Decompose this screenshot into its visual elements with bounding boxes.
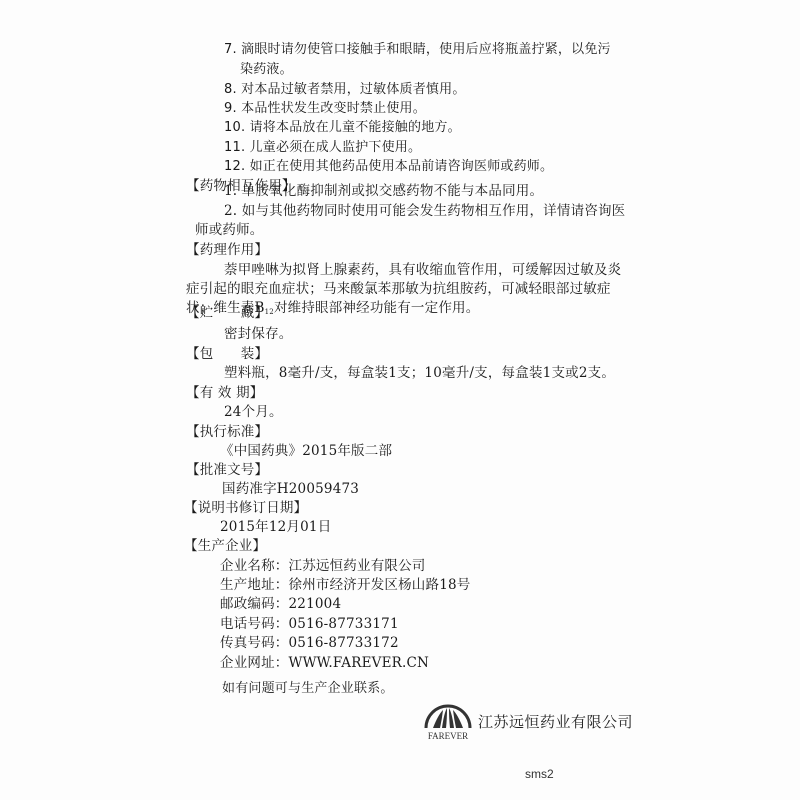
- precaution-item-8: 8. 对本品过敏者禁用，过敏体质者慎用。: [224, 80, 466, 100]
- pharmacology-line2: 症引起的眼充血症状；马来酸氯苯那敏为抗组胺药，可减轻眼部过敏症: [186, 279, 611, 299]
- section-heading-approval: 【批准文号】: [186, 460, 268, 480]
- validity-text: 24个月。: [224, 402, 283, 422]
- standard-text: 《中国药典》2015年版二部: [220, 441, 392, 461]
- interaction-item-2-line1: 2. 如与其他药物同时使用可能会发生药物相互作用，详情请咨询医: [224, 201, 625, 221]
- precaution-item-11: 11. 儿童必须在成人监护下使用。: [224, 138, 421, 158]
- section-heading-validity: 【有 效 期】: [186, 383, 263, 403]
- section-heading-revision-date: 【说明书修订日期】: [184, 498, 307, 518]
- manufacturer-website: 企业网址：WWW.FAREVER.CN: [220, 653, 429, 673]
- pharmacology-line1: 萘甲唑啉为拟肾上腺素药，具有收缩血管作用，可缓解因过敏及炎: [224, 260, 621, 280]
- logo-company-name: 江苏远恒药业有限公司: [478, 711, 633, 732]
- section-heading-packaging: 【包 装】: [186, 344, 268, 364]
- storage-text: 密封保存。: [224, 324, 293, 344]
- section-heading-standard: 【执行标准】: [186, 422, 268, 442]
- interaction-item-1: 1. 单胺氧化酶抑制剂或拟交感药物不能与本品同用。: [224, 181, 543, 201]
- section-heading-pharmacology: 【药理作用】: [186, 240, 268, 260]
- precaution-item-10: 10. 请将本品放在儿童不能接触的地方。: [224, 118, 461, 138]
- manufacturer-address: 生产地址：徐州市经济开发区杨山路18号: [220, 575, 470, 595]
- footer-code: sms2: [525, 767, 554, 781]
- approval-number: 国药准字H20059473: [222, 479, 359, 499]
- precaution-item-9: 9. 本品性状发生改变时禁止使用。: [224, 99, 426, 119]
- packaging-text: 塑料瓶，8毫升/支，每盒装1支；10毫升/支，每盒装1支或2支。: [224, 363, 615, 383]
- precaution-item-7-line2: 染药液。: [240, 60, 293, 80]
- interaction-item-2-line2: 师或药师。: [195, 220, 264, 240]
- manufacturer-fax: 传真号码：0516-87733172: [220, 633, 399, 653]
- pharmacology-line3-post: 对维持眼部神经功能有一定作用。: [274, 300, 480, 316]
- contact-note: 如有问题可与生产企业联系。: [222, 679, 394, 699]
- farever-logo: FAREVER: [423, 699, 473, 741]
- leaflet-page: 7. 滴眼时请勿使管口接触手和眼睛，使用后应将瓶盖拧紧，以免污 染药液。 8. …: [0, 0, 800, 800]
- precaution-item-12: 12. 如正在使用其他药品使用本品前请咨询医师或药师。: [224, 157, 553, 177]
- manufacturer-postcode: 邮政编码：221004: [220, 594, 341, 614]
- logo-brand-text: FAREVER: [428, 731, 468, 741]
- precaution-item-7-line1: 7. 滴眼时请勿使管口接触手和眼睛，使用后应将瓶盖拧紧，以免污: [224, 40, 611, 60]
- farever-arch-icon: FAREVER: [423, 699, 473, 741]
- interaction-item-1-text: 1. 单胺氧化酶抑制剂或拟交感药物不能与本品同用。: [224, 183, 543, 199]
- manufacturer-name: 企业名称：江苏远恒药业有限公司: [220, 556, 426, 576]
- section-heading-storage: 【贮 藏】: [186, 303, 268, 323]
- revision-date: 2015年12月01日: [220, 517, 331, 537]
- section-heading-manufacturer: 【生产企业】: [184, 536, 266, 556]
- manufacturer-phone: 电话号码：0516-87733171: [220, 614, 399, 634]
